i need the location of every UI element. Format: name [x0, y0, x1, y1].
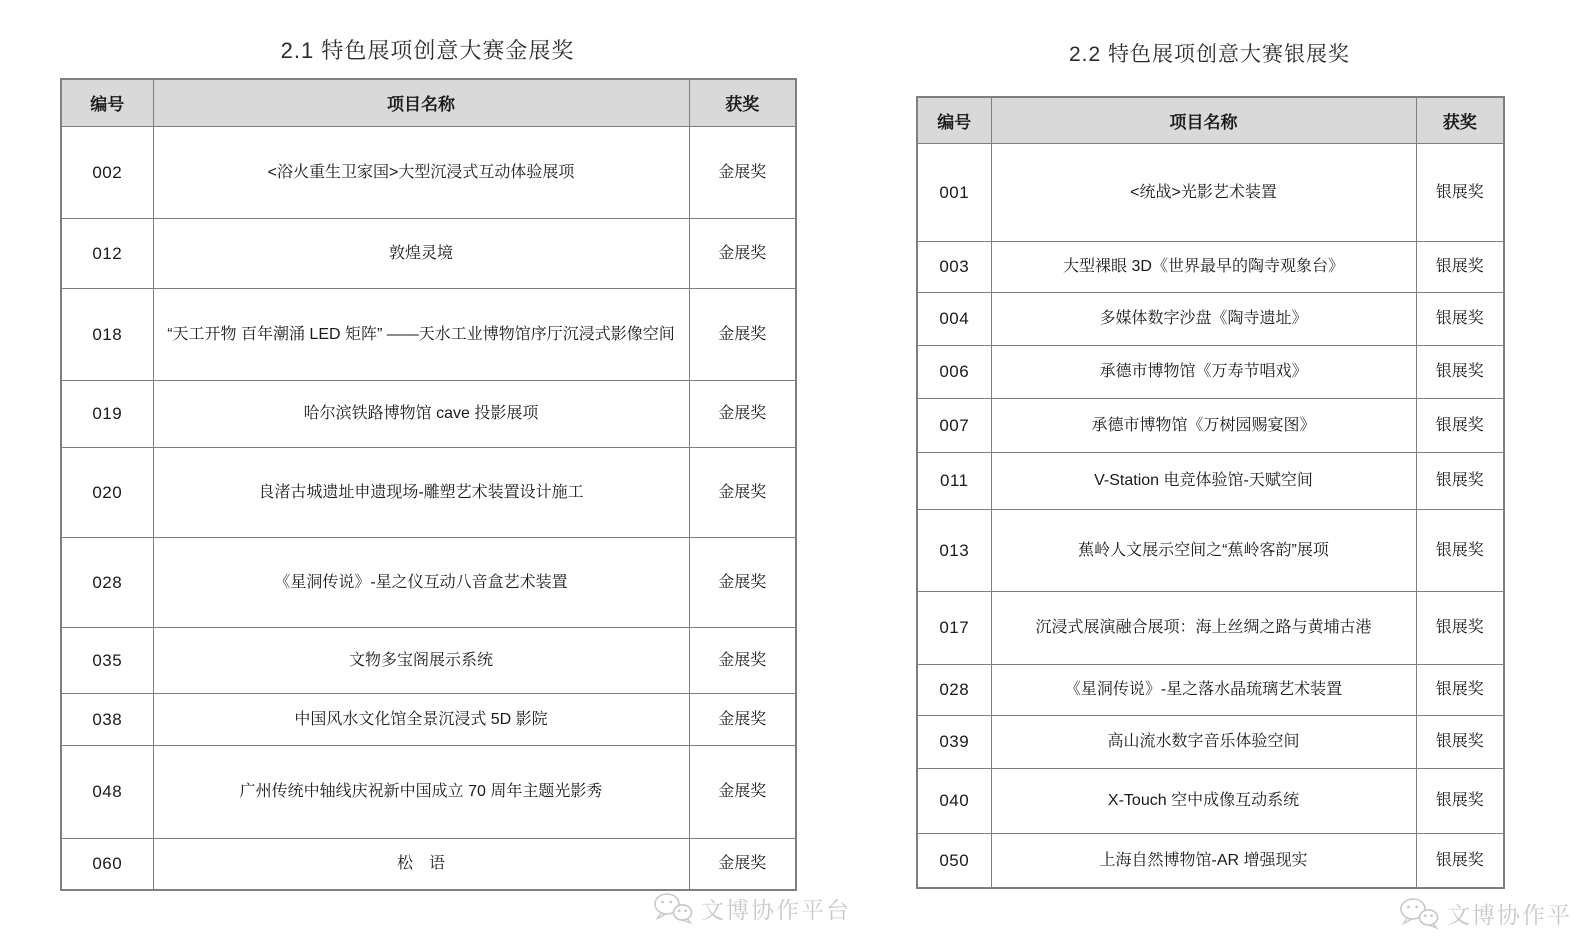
watermark-label: 文博协作平台 [701, 892, 851, 925]
table-row: 020 良渚古城遗址申遗现场-雕塑艺术装置设计施工 金展奖 [61, 447, 796, 537]
award: 金展奖 [689, 126, 796, 218]
entry-number: 060 [61, 838, 153, 890]
award: 银展奖 [1416, 591, 1504, 664]
table-row: 040 X-Touch 空中成像互动系统 银展奖 [917, 768, 1504, 833]
table-row: 012 敦煌灵境 金展奖 [61, 218, 796, 288]
award: 银展奖 [1416, 398, 1504, 452]
project-name: <统战>光影艺术装置 [991, 143, 1416, 241]
table-row: 011 V-Station 电竞体验馆-天赋空间 银展奖 [917, 452, 1504, 509]
wechat-icon [652, 891, 694, 925]
project-name: 《星洞传说》-星之落水晶琉璃艺术装置 [991, 664, 1416, 715]
project-name: 文物多宝阁展示系统 [153, 627, 689, 693]
award: 金展奖 [689, 627, 796, 693]
entry-number: 001 [917, 143, 991, 241]
entry-number: 028 [917, 664, 991, 715]
table-row: 001 <统战>光影艺术装置 银展奖 [917, 143, 1504, 241]
entry-number: 002 [61, 126, 153, 218]
project-name: 敦煌灵境 [153, 218, 689, 288]
award: 银展奖 [1416, 664, 1504, 715]
entry-number: 019 [61, 380, 153, 447]
project-name: 良渚古城遗址申遗现场-雕塑艺术装置设计施工 [153, 447, 689, 537]
award: 银展奖 [1416, 715, 1504, 768]
entry-number: 006 [917, 345, 991, 398]
project-name: 广州传统中轴线庆祝新中国成立 70 周年主题光影秀 [153, 745, 689, 838]
table-row: 003 大型裸眼 3D《世界最早的陶寺观象台》 银展奖 [917, 241, 1504, 292]
award: 金展奖 [689, 447, 796, 537]
entry-number: 040 [917, 768, 991, 833]
entry-number: 020 [61, 447, 153, 537]
project-name: 高山流水数字音乐体验空间 [991, 715, 1416, 768]
table-row: 018 “天工开物 百年潮涌 LED 矩阵” ——天水工业博物馆序厅沉浸式影像空… [61, 288, 796, 380]
column-header-id: 编号 [61, 79, 153, 126]
table-row: 028 《星洞传说》-星之落水晶琉璃艺术装置 银展奖 [917, 664, 1504, 715]
award: 金展奖 [689, 745, 796, 838]
silver-header-row: 编号 项目名称 获奖 [917, 97, 1504, 143]
award: 金展奖 [689, 288, 796, 380]
silver-table: 编号 项目名称 获奖 001 <统战>光影艺术装置 银展奖 003 大型裸眼 3… [916, 96, 1505, 889]
entry-number: 011 [917, 452, 991, 509]
project-name: 哈尔滨铁路博物馆 cave 投影展项 [153, 380, 689, 447]
award: 银展奖 [1416, 833, 1504, 888]
entry-number: 048 [61, 745, 153, 838]
project-name: 松 语 [153, 838, 689, 890]
entry-number: 017 [917, 591, 991, 664]
column-header-name: 项目名称 [153, 79, 689, 126]
award: 银展奖 [1416, 345, 1504, 398]
project-name: 承德市博物馆《万寿节唱戏》 [991, 345, 1416, 398]
entry-number: 039 [917, 715, 991, 768]
table-row: 035 文物多宝阁展示系统 金展奖 [61, 627, 796, 693]
watermark-label: 文博协作平台 [1447, 897, 1572, 930]
table-row: 050 上海自然博物馆-AR 增强现实 银展奖 [917, 833, 1504, 888]
project-name: <浴火重生卫家国>大型沉浸式互动体验展项 [153, 126, 689, 218]
table-row: 019 哈尔滨铁路博物馆 cave 投影展项 金展奖 [61, 380, 796, 447]
award: 金展奖 [689, 537, 796, 627]
entry-number: 004 [917, 292, 991, 345]
entry-number: 035 [61, 627, 153, 693]
award: 银展奖 [1416, 452, 1504, 509]
silver-table-title: 2.2 特色展项创意大赛银展奖 [916, 38, 1503, 68]
table-row: 038 中国风水文化馆全景沉浸式 5D 影院 金展奖 [61, 693, 796, 745]
project-name: 多媒体数字沙盘《陶寺遗址》 [991, 292, 1416, 345]
award: 银展奖 [1416, 509, 1504, 591]
gold-table-title: 2.1 特色展项创意大赛金展奖 [60, 34, 795, 65]
table-row: 006 承德市博物馆《万寿节唱戏》 银展奖 [917, 345, 1504, 398]
project-name: V-Station 电竞体验馆-天赋空间 [991, 452, 1416, 509]
project-name: 中国风水文化馆全景沉浸式 5D 影院 [153, 693, 689, 745]
award: 金展奖 [689, 693, 796, 745]
column-header-award: 获奖 [1416, 97, 1504, 143]
entry-number: 050 [917, 833, 991, 888]
award: 银展奖 [1416, 241, 1504, 292]
watermark-left: 文博协作平台 [652, 891, 851, 925]
project-name: 上海自然博物馆-AR 增强现实 [991, 833, 1416, 888]
entry-number: 003 [917, 241, 991, 292]
entry-number: 018 [61, 288, 153, 380]
award: 金展奖 [689, 218, 796, 288]
watermark-right: 文博协作平台 [1398, 896, 1572, 930]
table-row: 013 蕉岭人文展示空间之“蕉岭客韵”展项 银展奖 [917, 509, 1504, 591]
column-header-name: 项目名称 [991, 97, 1416, 143]
project-name: 承德市博物馆《万树园赐宴图》 [991, 398, 1416, 452]
entry-number: 028 [61, 537, 153, 627]
award: 银展奖 [1416, 143, 1504, 241]
column-header-award: 获奖 [689, 79, 796, 126]
gold-table: 编号 项目名称 获奖 002 <浴火重生卫家国>大型沉浸式互动体验展项 金展奖 … [60, 78, 797, 891]
wechat-icon [1398, 896, 1440, 930]
entry-number: 007 [917, 398, 991, 452]
table-row: 060 松 语 金展奖 [61, 838, 796, 890]
table-row: 039 高山流水数字音乐体验空间 银展奖 [917, 715, 1504, 768]
column-header-id: 编号 [917, 97, 991, 143]
page: { "colors": { "header_bg": "#d9d9d9", "b… [0, 0, 1572, 948]
entry-number: 013 [917, 509, 991, 591]
table-row: 028 《星洞传说》-星之仪互动八音盒艺术装置 金展奖 [61, 537, 796, 627]
table-row: 007 承德市博物馆《万树园赐宴图》 银展奖 [917, 398, 1504, 452]
project-name: 蕉岭人文展示空间之“蕉岭客韵”展项 [991, 509, 1416, 591]
entry-number: 012 [61, 218, 153, 288]
entry-number: 038 [61, 693, 153, 745]
project-name: X-Touch 空中成像互动系统 [991, 768, 1416, 833]
award: 金展奖 [689, 380, 796, 447]
table-row: 004 多媒体数字沙盘《陶寺遗址》 银展奖 [917, 292, 1504, 345]
project-name: 大型裸眼 3D《世界最早的陶寺观象台》 [991, 241, 1416, 292]
award: 银展奖 [1416, 768, 1504, 833]
project-name: “天工开物 百年潮涌 LED 矩阵” ——天水工业博物馆序厅沉浸式影像空间 [153, 288, 689, 380]
gold-header-row: 编号 项目名称 获奖 [61, 79, 796, 126]
table-row: 017 沉浸式展演融合展项：海上丝绸之路与黄埔古港 银展奖 [917, 591, 1504, 664]
table-row: 002 <浴火重生卫家国>大型沉浸式互动体验展项 金展奖 [61, 126, 796, 218]
award: 金展奖 [689, 838, 796, 890]
award: 银展奖 [1416, 292, 1504, 345]
project-name: 沉浸式展演融合展项：海上丝绸之路与黄埔古港 [991, 591, 1416, 664]
table-row: 048 广州传统中轴线庆祝新中国成立 70 周年主题光影秀 金展奖 [61, 745, 796, 838]
project-name: 《星洞传说》-星之仪互动八音盒艺术装置 [153, 537, 689, 627]
